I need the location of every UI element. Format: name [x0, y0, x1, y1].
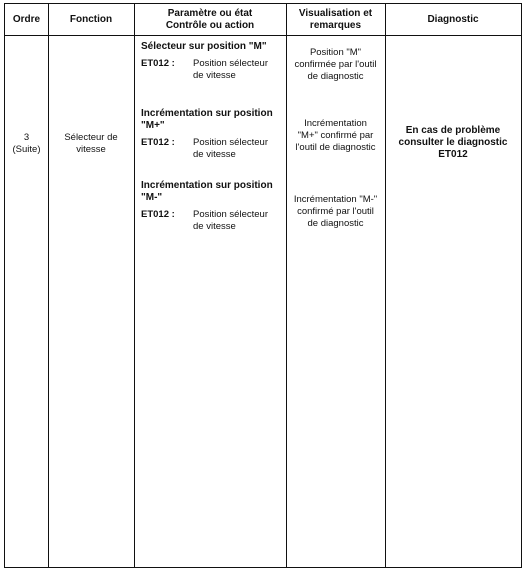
parametre-desc-line1: Position sélecteur	[193, 137, 279, 149]
diagnostic-line2: consulter le diagnostic	[385, 137, 521, 149]
header-visualisation: Visualisation et remarques	[286, 4, 385, 35]
header-parametre-line1: Paramètre ou état	[168, 8, 252, 20]
visualisation-line1: Incrémentation "M-"	[286, 194, 385, 206]
visualisation-line3: l'outil de diagnostic	[286, 142, 385, 154]
header-visualisation-line1: Visualisation et	[299, 8, 372, 20]
fonction-cell: Sélecteur de vitesse	[48, 132, 134, 156]
parametre-title: Incrémentation sur position	[141, 108, 286, 120]
parametre-code-row: ET012 : Position sélecteur de vitesse	[141, 58, 286, 82]
header-diagnostic-label: Diagnostic	[427, 14, 478, 26]
ordre-suite: (Suite)	[5, 144, 48, 156]
header-fonction: Fonction	[48, 4, 134, 35]
parametre-description: Position sélecteur de vitesse	[193, 137, 279, 161]
diagnostic-cell: En cas de problème consulter le diagnost…	[385, 125, 521, 161]
visualisation-line1: Position "M"	[286, 47, 385, 59]
parametre-desc-line2: de vitesse	[193, 149, 279, 161]
column-divider	[385, 4, 386, 567]
parametre-description: Position sélecteur de vitesse	[193, 58, 279, 82]
ordre-number: 3	[5, 132, 48, 144]
fonction-line1: Sélecteur de	[48, 132, 134, 144]
fonction-line2: vitesse	[48, 144, 134, 156]
header-parametre: Paramètre ou état Contrôle ou action	[134, 4, 286, 35]
column-divider	[134, 4, 135, 567]
header-ordre-label: Ordre	[13, 14, 40, 26]
visualisation-block-2: Incrémentation "M+" confirmé par l'outil…	[286, 118, 385, 154]
parametre-desc-line1: Position sélecteur	[193, 58, 279, 70]
parametre-code-row: ET012 : Position sélecteur de vitesse	[141, 137, 286, 161]
parametre-block-2: Incrémentation sur position "M+" ET012 :…	[141, 108, 286, 161]
parametre-title-line2: "M+"	[141, 120, 286, 132]
header-ordre: Ordre	[5, 4, 48, 35]
visualisation-line2: "M+" confirmé par	[286, 130, 385, 142]
header-visualisation-line2: remarques	[310, 20, 361, 32]
visualisation-line2: confirmé par l'outil	[286, 206, 385, 218]
parametre-description: Position sélecteur de vitesse	[193, 209, 279, 233]
column-divider	[48, 4, 49, 567]
parametre-code: ET012 :	[141, 137, 193, 161]
ordre-cell: 3 (Suite)	[5, 132, 48, 156]
header-fonction-label: Fonction	[70, 14, 112, 26]
header-diagnostic: Diagnostic	[385, 4, 521, 35]
parametre-code-row: ET012 : Position sélecteur de vitesse	[141, 209, 286, 233]
parametre-desc-line2: de vitesse	[193, 221, 279, 233]
header-divider	[5, 35, 521, 36]
parametre-desc-line2: de vitesse	[193, 70, 279, 82]
parametre-title-line2: "M-"	[141, 192, 286, 204]
column-divider	[286, 4, 287, 567]
parametre-block-1: Sélecteur sur position "M" ET012 : Posit…	[141, 41, 286, 82]
parametre-block-3: Incrémentation sur position "M-" ET012 :…	[141, 180, 286, 233]
parametre-code: ET012 :	[141, 209, 193, 233]
diagnostic-line1: En cas de problème	[385, 125, 521, 137]
diagnostic-table: Ordre Fonction Paramètre ou état Contrôl…	[4, 3, 522, 568]
parametre-title: Incrémentation sur position	[141, 180, 286, 192]
visualisation-line3: de diagnostic	[286, 71, 385, 83]
parametre-code: ET012 :	[141, 58, 193, 82]
parametre-desc-line1: Position sélecteur	[193, 209, 279, 221]
visualisation-line1: Incrémentation	[286, 118, 385, 130]
visualisation-line2: confirmée par l'outil	[286, 59, 385, 71]
header-parametre-line2: Contrôle ou action	[166, 20, 254, 32]
visualisation-line3: de diagnostic	[286, 218, 385, 230]
parametre-title: Sélecteur sur position "M"	[141, 41, 286, 53]
diagnostic-code: ET012	[385, 149, 521, 161]
visualisation-block-1: Position "M" confirmée par l'outil de di…	[286, 47, 385, 83]
visualisation-block-3: Incrémentation "M-" confirmé par l'outil…	[286, 194, 385, 230]
